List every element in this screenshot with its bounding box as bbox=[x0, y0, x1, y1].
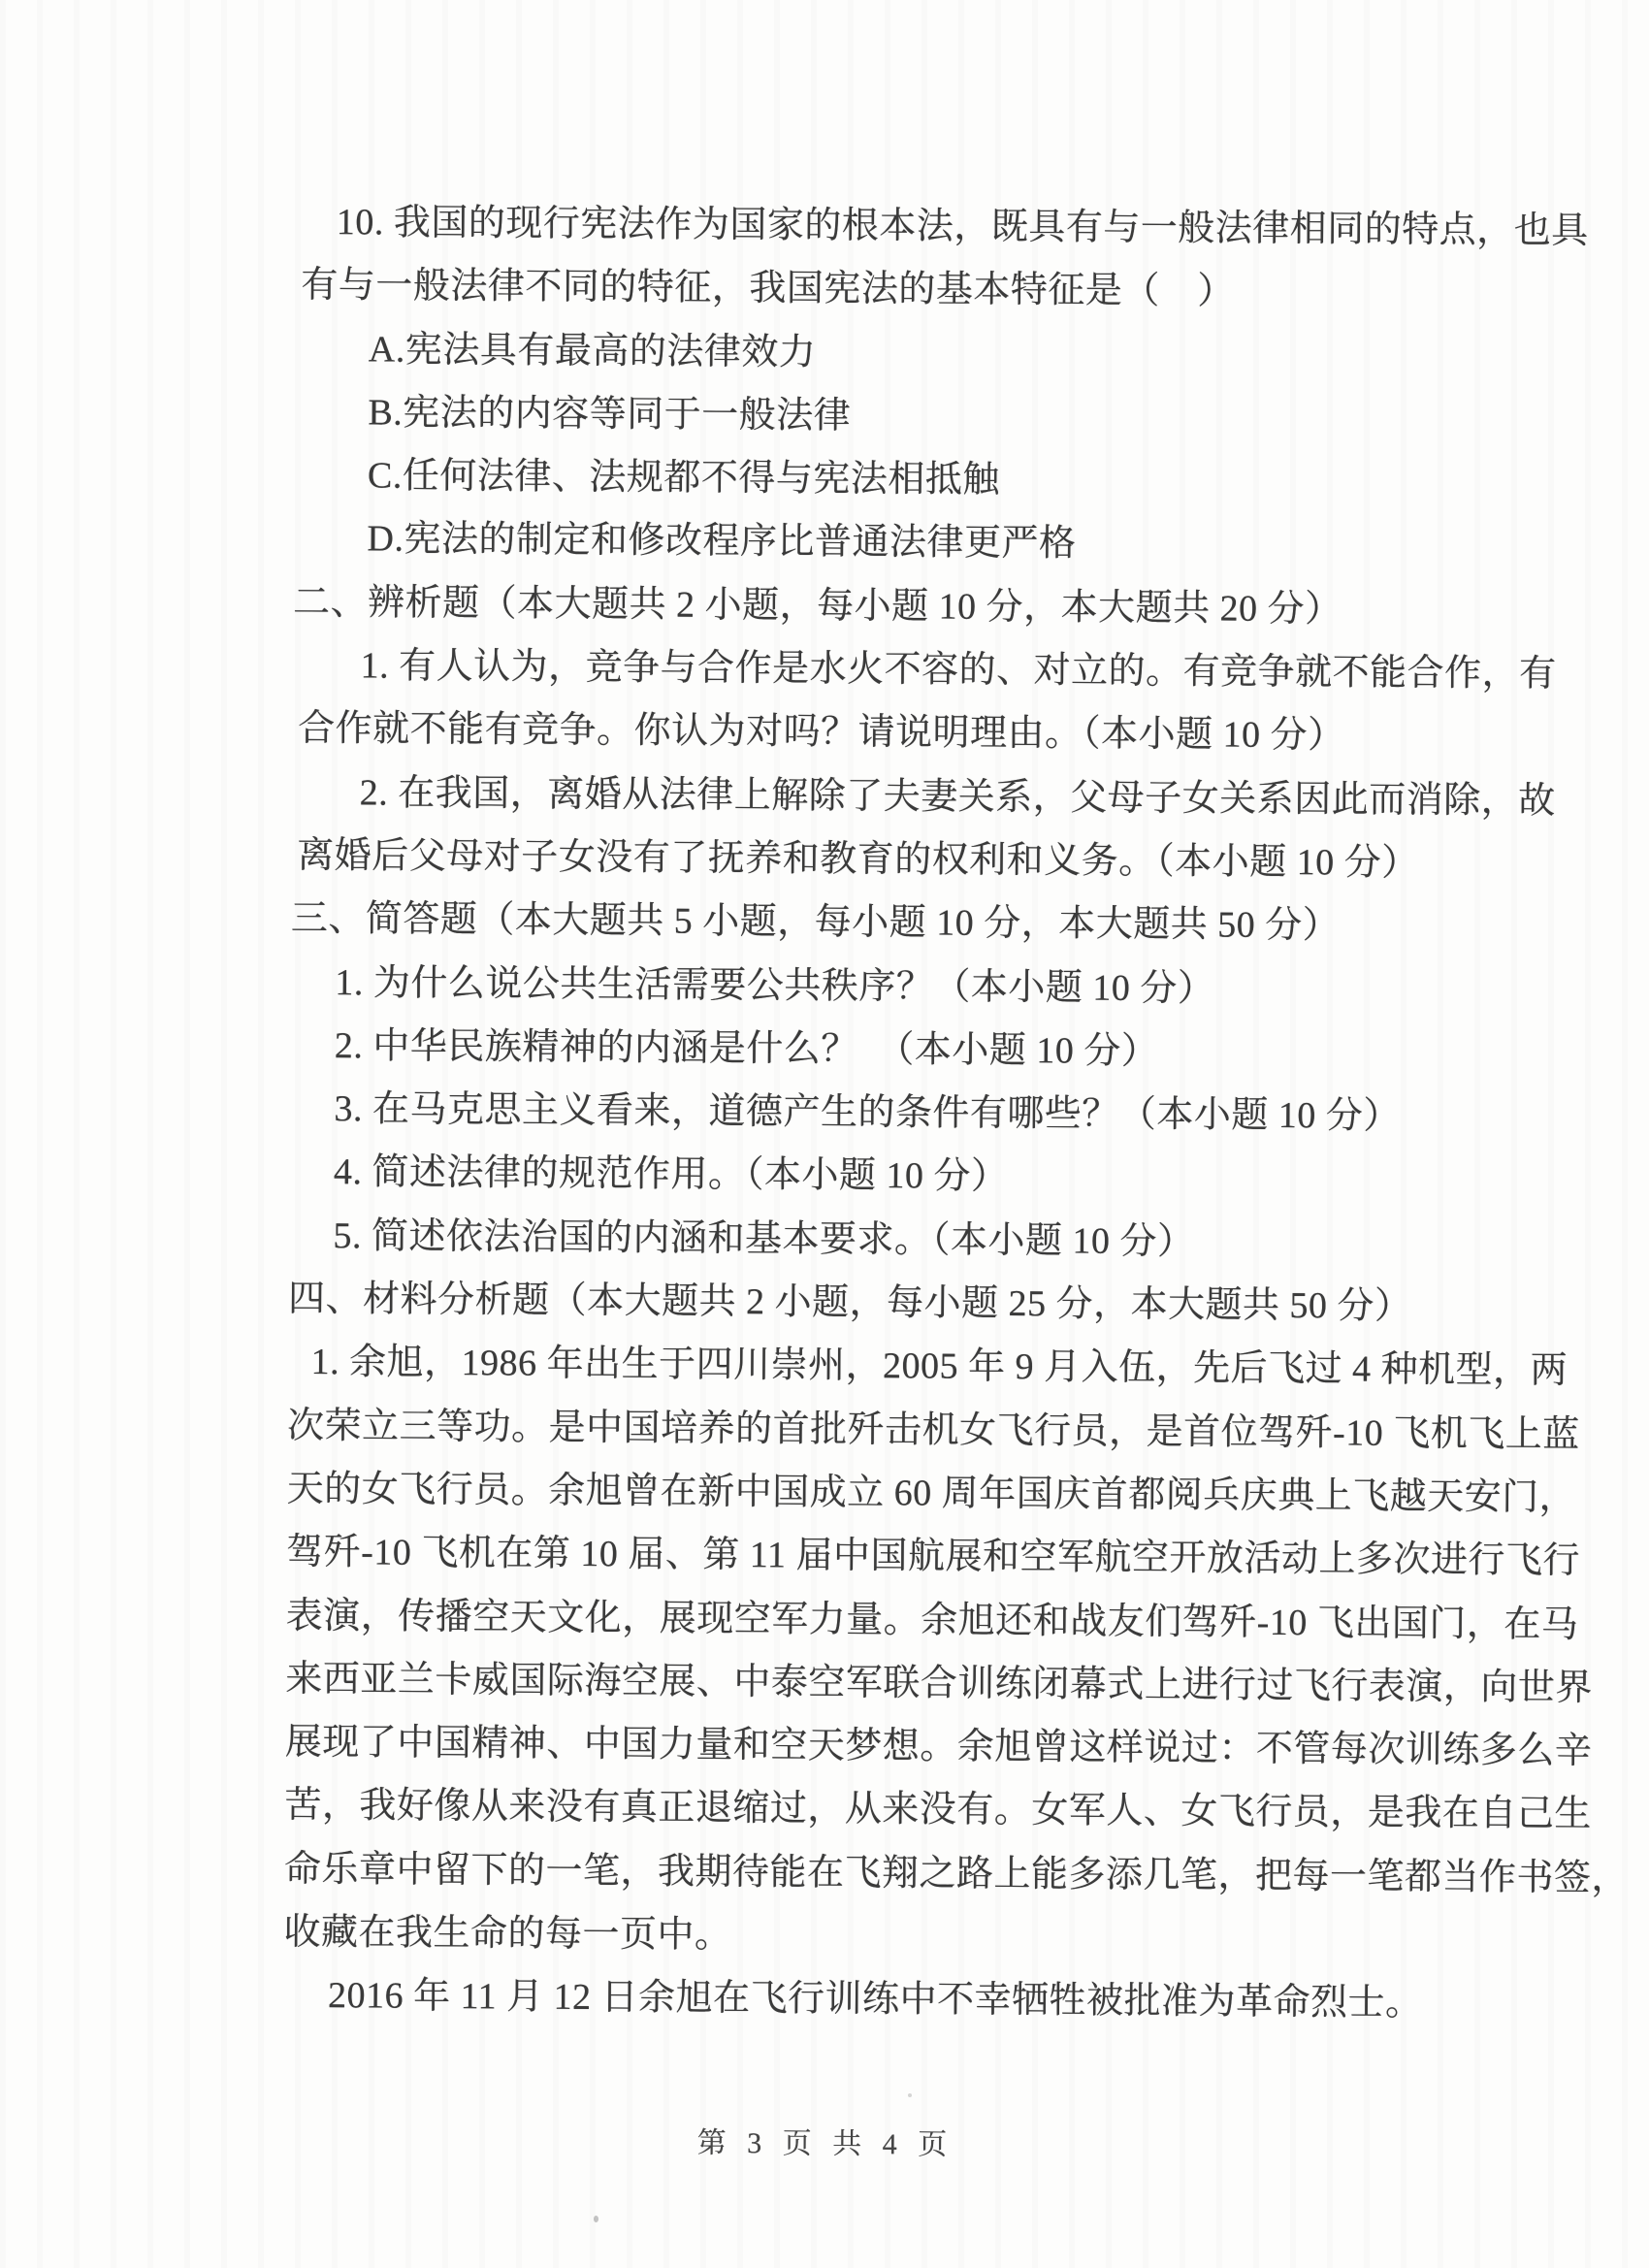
question10-stem-line: 10. 我国的现行宪法作为国家的根本法，既具有与一般法律相同的特点，也具 bbox=[296, 191, 1445, 263]
section4-material-line: 收藏在我生命的每一页中。 bbox=[283, 1901, 1433, 1973]
scan-speck bbox=[908, 2093, 912, 2097]
exam-body: 10. 我国的现行宪法作为国家的根本法，既具有与一般法律相同的特点，也具 有与一… bbox=[283, 191, 1445, 2036]
question10-option-d: D.宪法的制定和修改程序比普通法律更严格 bbox=[293, 507, 1442, 579]
section4-heading: 四、材料分析题（本大题共 2 小题，每小题 25 分，本大题共 50 分） bbox=[288, 1268, 1438, 1340]
section3-item: 1. 为什么说公共生活需要公共秩序？（本小题 10 分） bbox=[290, 951, 1439, 1022]
section4-material-line: 次荣立三等功。是中国培养的首批歼击机女飞行员，是首位驾歼-10 飞机飞上蓝 bbox=[287, 1394, 1437, 1466]
question10-stem-line: 有与一般法律不同的特征，我国宪法的基本特征是（ ） bbox=[295, 254, 1444, 326]
section2-item1-line: 1. 有人认为，竞争与合作是水火不容的、对立的。有竞争就不能合作，有 bbox=[292, 634, 1441, 706]
section4-material-line: 苦，我好像从来没有真正退缩过，从来没有。女军人、女飞行员，是我在自己生 bbox=[284, 1774, 1434, 1846]
section4-closing-line: 2016 年 11 月 12 日余旭在飞行训练中不幸牺牲被批准为革命烈士。 bbox=[283, 1964, 1433, 2036]
section2-item2-line: 2. 在我国，离婚从法律上解除了夫妻关系，父母子女关系因此而消除，故 bbox=[291, 761, 1440, 833]
section2-heading: 二、辨析题（本大题共 2 小题，每小题 10 分，本大题共 20 分） bbox=[293, 571, 1442, 643]
section4-material-line: 1. 余旭，1986 年出生于四川崇州，2005 年 9 月入伍，先后飞过 4 … bbox=[287, 1331, 1437, 1403]
section3-heading: 三、简答题（本大题共 5 小题，每小题 10 分，本大题共 50 分） bbox=[291, 888, 1440, 959]
section4-material-line: 来西亚兰卡威国际海空展、中泰空军联合训练闭幕式上进行过飞行表演，向世界 bbox=[285, 1648, 1435, 1720]
section3-item: 4. 简述法律的规范作用。（本小题 10 分） bbox=[289, 1141, 1439, 1213]
section3-item: 2. 中华民族精神的内涵是什么？ （本小题 10 分） bbox=[290, 1015, 1439, 1086]
section4-material-line: 驾歼-10 飞机在第 10 届、第 11 届中国航展和空军航空开放活动上多次进行… bbox=[286, 1521, 1436, 1593]
question10-option-c: C.任何法律、法规都不得与宪法相抵触 bbox=[294, 444, 1443, 516]
section2-item2-line: 离婚后父母对子女没有了抚养和教育的权利和义务。（本小题 10 分） bbox=[291, 825, 1440, 896]
exam-paper-page: 10. 我国的现行宪法作为国家的根本法，既具有与一般法律相同的特点，也具 有与一… bbox=[0, 0, 1649, 2268]
section4-material-line: 展现了中国精神、中国力量和空天梦想。余旭曾这样说过：不管每次训练多么辛 bbox=[285, 1711, 1435, 1783]
scan-speck bbox=[594, 2216, 598, 2222]
section4-material-line: 命乐章中留下的一笔，我期待能在飞翔之路上能多添几笔，把每一笔都当作书签， bbox=[284, 1838, 1434, 1910]
section2-item1-line: 合作就不能有竞争。你认为对吗？请说明理由。（本小题 10 分） bbox=[292, 697, 1441, 769]
question10-option-a: A.宪法具有最高的法律效力 bbox=[295, 317, 1444, 389]
page-number-footer: 第 3 页 共 4 页 bbox=[282, 2116, 1369, 2166]
section4-material-line: 天的女飞行员。余旭曾在新中国成立 60 周年国庆首都阅兵庆典上飞越天安门， bbox=[286, 1458, 1436, 1530]
question10-option-b: B.宪法的内容等同于一般法律 bbox=[294, 381, 1443, 453]
section4-material-line: 表演，传播空天文化，展现空军力量。余旭还和战友们驾歼-10 飞出国门，在马 bbox=[286, 1584, 1436, 1656]
section3-item: 5. 简述依法治国的内涵和基本要求。（本小题 10 分） bbox=[288, 1205, 1438, 1277]
section3-item: 3. 在马克思主义看来，道德产生的条件有哪些？（本小题 10 分） bbox=[289, 1078, 1439, 1150]
